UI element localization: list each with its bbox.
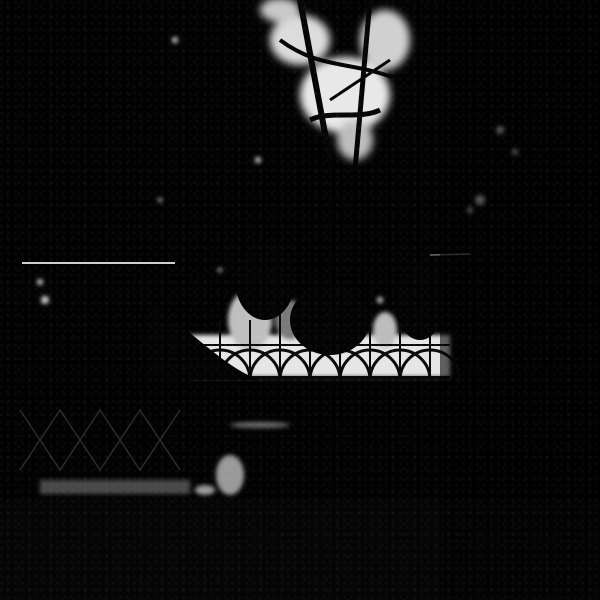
- scene: [0, 0, 600, 600]
- photograph: Dark black-and-white photograph of trees…: [0, 0, 600, 600]
- right-tree-shadow: [440, 0, 600, 600]
- lower-fence: [20, 410, 180, 470]
- sky-highlight: [260, 0, 410, 160]
